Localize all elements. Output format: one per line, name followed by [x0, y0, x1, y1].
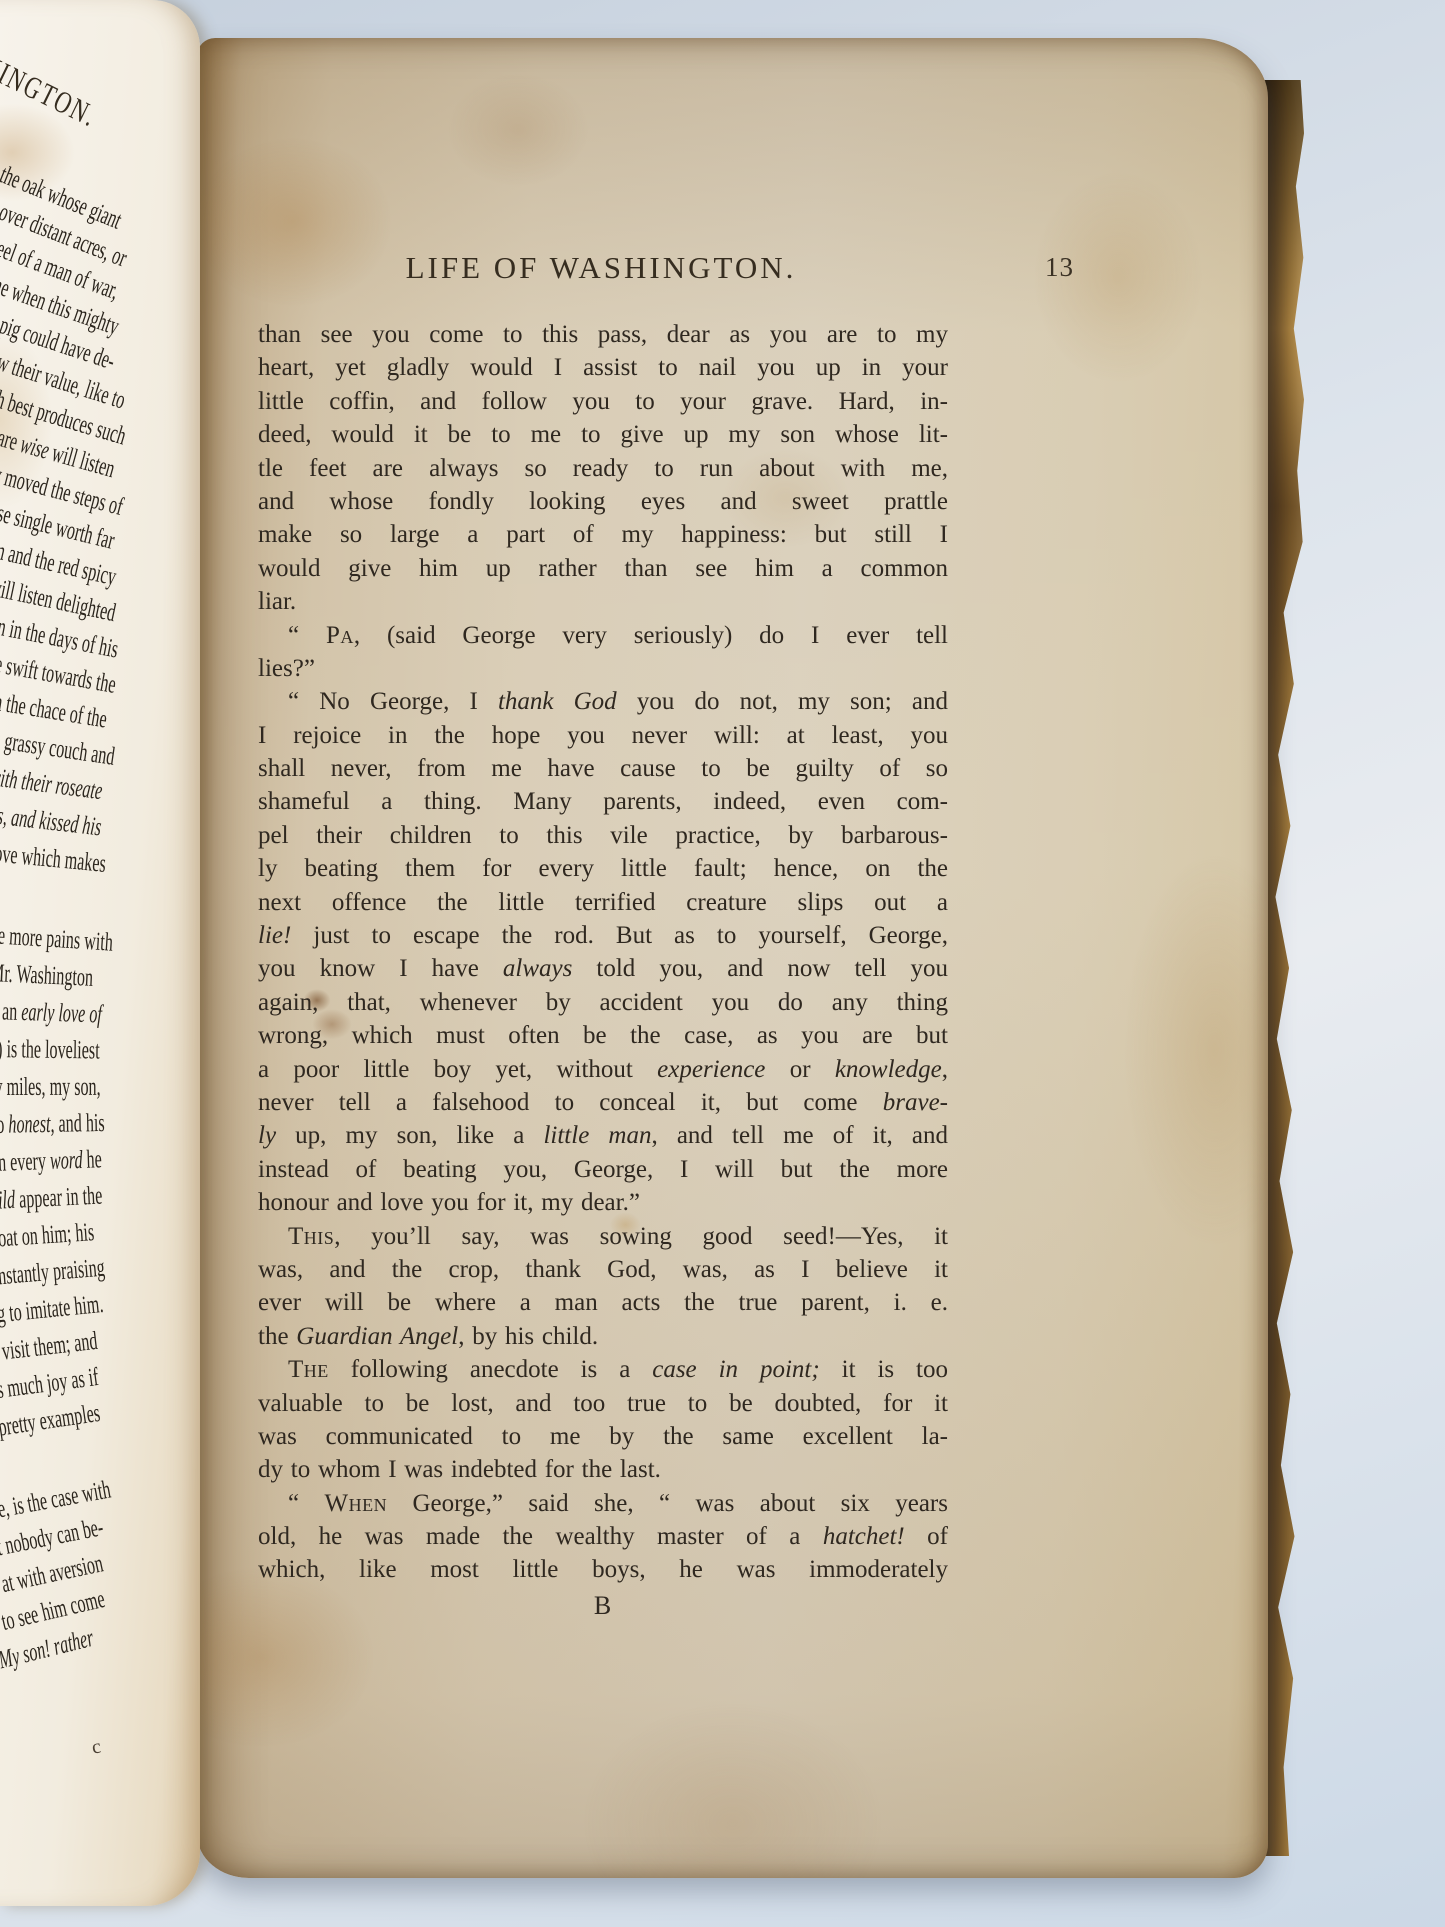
right-page: LIFE OF WASHINGTON. 13 than see you come… — [197, 38, 1268, 1878]
text-line: honour and love you for it, my dear.” — [258, 1186, 948, 1219]
text-line: again, that, whenever by accident you do… — [258, 986, 948, 1019]
text-line: liar. — [258, 585, 948, 618]
text-line: never tell a falsehood to conceal it, bu… — [258, 1086, 948, 1119]
text-line: and whose fondly looking eyes and sweet … — [258, 485, 948, 518]
text-line: was communicated to me by the same excel… — [258, 1420, 948, 1453]
text-line: deed, would it be to me to give up my so… — [258, 418, 948, 451]
text-line: you know I have always told you, and now… — [258, 952, 948, 985]
text-line: tle feet are always so ready to run abou… — [258, 452, 948, 485]
text-line: This, you’ll say, was sowing good seed!—… — [258, 1220, 948, 1253]
text-line: ly beating them for every little fault; … — [258, 852, 948, 885]
text-line: would give him up rather than see him a … — [258, 552, 948, 585]
page-text: o the oak whose giante over distant acre… — [0, 150, 200, 1682]
text-line: heart, yet gladly would I assist to nail… — [258, 351, 948, 384]
text-line: lie! just to escape the rod. But as to y… — [258, 919, 948, 952]
text-line: “ No George, I thank God you do not, my … — [258, 685, 948, 718]
page-text: than see you come to this pass, dear as … — [258, 318, 948, 1622]
text-line: was, and the crop, thank God, was, as I … — [258, 1253, 948, 1286]
text-line: ly up, my son, like a little man, and te… — [258, 1119, 948, 1152]
text-line: lies?” — [258, 652, 948, 685]
running-header-fragment: HINGTON. — [0, 48, 103, 135]
text-line: I rejoice in the hope you never will: at… — [258, 719, 948, 752]
text-line: make so large a part of my happiness: bu… — [258, 518, 948, 551]
text-line: e) is the loveliest — [0, 1030, 120, 1070]
text-line: dy to whom I was indebted for the last. — [258, 1453, 948, 1486]
text-line: so honest, and his — [0, 1104, 121, 1144]
text-line: the Guardian Angel, by his child. — [258, 1320, 948, 1353]
text-line: shameful a thing. Many parents, indeed, … — [258, 785, 948, 818]
text-line: shall never, from me have cause to be gu… — [258, 752, 948, 785]
signature-mark: B — [258, 1589, 948, 1622]
text-line: Mr. Washington — [0, 954, 121, 998]
text-line: valuable to be lost, and too true to be … — [258, 1387, 948, 1420]
text-line: wrong, which must often be the case, as … — [258, 1019, 948, 1052]
book-photo: LIFE OF WASHINGTON. 13 than see you come… — [0, 0, 1445, 1927]
text-line: old, he was made the wealthy master of a… — [258, 1520, 948, 1553]
text-line: next offence the little terrified creatu… — [258, 886, 948, 919]
left-page-curl: HINGTON. o the oak whose giante over dis… — [0, 0, 200, 1906]
running-header: LIFE OF WASHINGTON. — [258, 250, 944, 286]
text-line: h an early love of — [0, 992, 121, 1034]
text-line: ty miles, my son, — [0, 1068, 120, 1106]
page-number: 13 — [1045, 252, 1074, 283]
text-line: ever will be where a man acts the true p… — [258, 1286, 948, 1319]
text-line: than see you come to this pass, dear as … — [258, 318, 948, 351]
text-line: The following anecdote is a case in poin… — [258, 1353, 948, 1386]
text-line: instead of beating you, George, I will b… — [258, 1153, 948, 1186]
text-line: “ Pa, (said George very seriously) do I … — [258, 619, 948, 652]
text-line: “ When George,” said she, “ was about si… — [258, 1487, 948, 1520]
signature-mark: c — [90, 1735, 103, 1759]
text-line: pel their children to this vile practice… — [258, 819, 948, 852]
text-line: a poor little boy yet, without experienc… — [258, 1053, 948, 1086]
text-line: which, like most little boys, he was imm… — [258, 1553, 948, 1586]
text-line: little coffin, and follow you to your gr… — [258, 385, 948, 418]
